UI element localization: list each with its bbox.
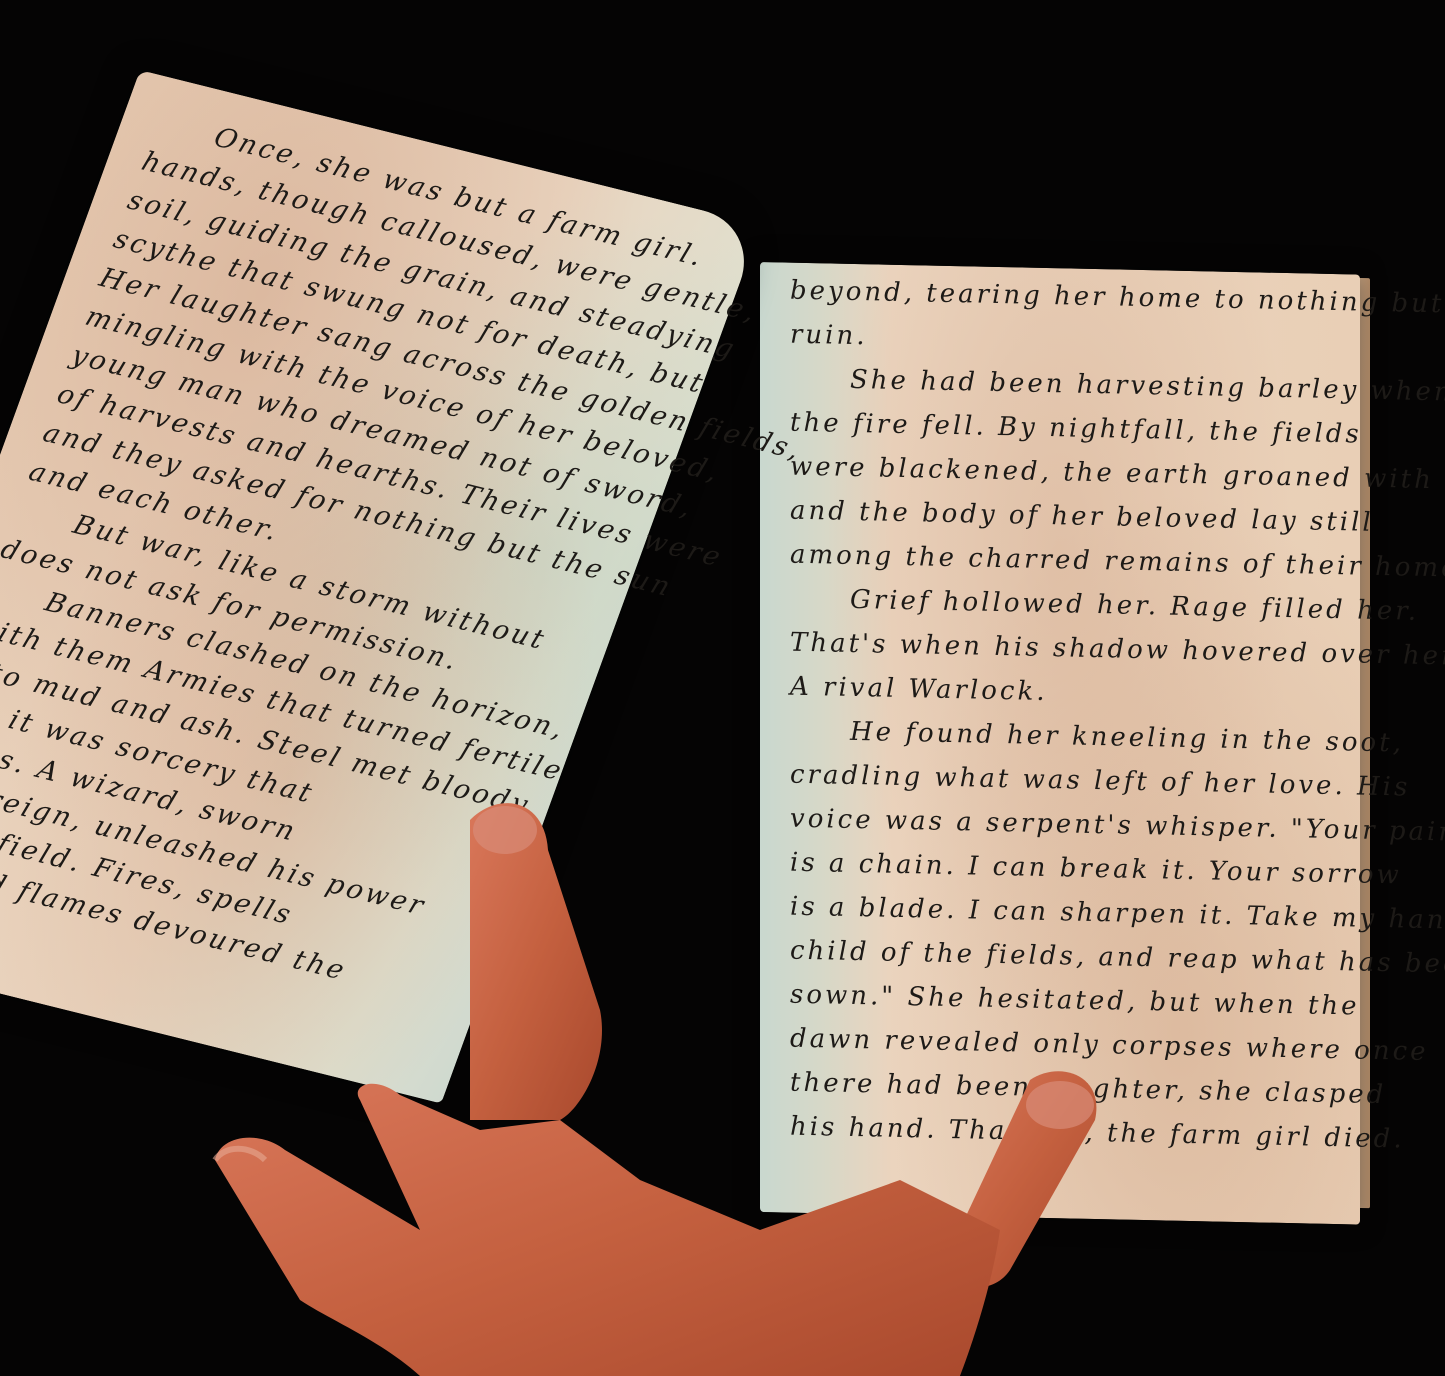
photo-scene: beyond, tearing her home to nothing but … xyxy=(0,0,1445,1376)
right-page-handwriting: beyond, tearing her home to nothing but … xyxy=(790,269,1340,1161)
left-page-handwriting: Once, she was but a farm girl. hands, th… xyxy=(0,103,733,1020)
notebook-left-page: Once, she was but a farm girl. hands, th… xyxy=(0,70,761,1104)
notebook-right-page: beyond, tearing her home to nothing but … xyxy=(760,262,1360,1225)
